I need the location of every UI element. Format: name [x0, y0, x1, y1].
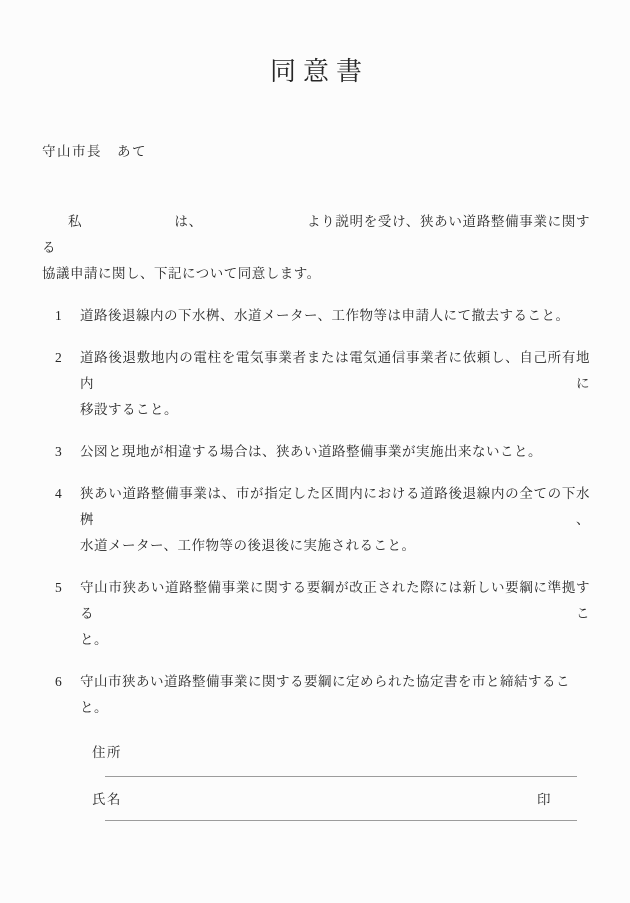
item-text: 狭あい道路整備事業は、市が指定した区間内における道路後退線内の全ての下水桝、水道… — [80, 481, 590, 559]
agreement-items-list: 1道路後退線内の下水桝、水道メーター、工作物等は申請人にて撤去すること。2道路後… — [42, 303, 590, 721]
applicant-name-blank — [82, 225, 174, 226]
address-label: 住所 — [92, 740, 590, 766]
intro-particle: は、 — [174, 214, 203, 229]
item-text: 公図と現地が相違する場合は、狭あい道路整備事業が実施出来ないこと。 — [80, 439, 590, 465]
item-line: 道路後退線内の下水桝、水道メーター、工作物等は申請人にて撤去すること。 — [80, 303, 590, 329]
name-write-line — [105, 820, 577, 821]
item-line: 公図と現地が相違する場合は、狭あい道路整備事業が実施出来ないこと。 — [80, 439, 590, 465]
item-line: と。 — [80, 627, 590, 653]
explainer-name-blank — [203, 225, 307, 226]
name-row: 氏名 印 — [92, 787, 552, 813]
item-text: 守山市狭あい道路整備事業に関する要綱に定められた協定書を市と締結すること。 — [80, 669, 590, 721]
item-number: 4 — [55, 481, 80, 559]
seal-label: 印 — [537, 787, 552, 813]
agreement-item: 2道路後退敷地内の電柱を電気事業者または電気通信事業者に依頼し、自己所有地内に移… — [42, 345, 590, 423]
intro-line-2: 協議申請に関し、下記について同意します。 — [42, 261, 590, 287]
document-title: 同意書 — [42, 57, 590, 87]
intro-line-1: 私は、より説明を受け、狭あい道路整備事業に関する — [42, 209, 590, 261]
item-text: 守山市狭あい道路整備事業に関する要綱が改正された際には新しい要綱に準拠すること。 — [80, 575, 590, 653]
item-line: 移設すること。 — [80, 397, 590, 423]
intro-pronoun: 私 — [68, 214, 82, 229]
item-text: 道路後退線内の下水桝、水道メーター、工作物等は申請人にて撤去すること。 — [80, 303, 590, 329]
item-number: 6 — [55, 669, 80, 721]
agreement-item: 1道路後退線内の下水桝、水道メーター、工作物等は申請人にて撤去すること。 — [42, 303, 590, 329]
agreement-item: 4狭あい道路整備事業は、市が指定した区間内における道路後退線内の全ての下水桝、水… — [42, 481, 590, 559]
item-number: 2 — [55, 345, 80, 423]
agreement-item: 6守山市狭あい道路整備事業に関する要綱に定められた協定書を市と締結すること。 — [42, 669, 590, 721]
item-line: 水道メーター、工作物等の後退後に実施されること。 — [80, 533, 590, 559]
item-number: 3 — [55, 439, 80, 465]
item-text: 道路後退敷地内の電柱を電気事業者または電気通信事業者に依頼し、自己所有地内に移設… — [80, 345, 590, 423]
item-line: 道路後退敷地内の電柱を電気事業者または電気通信事業者に依頼し、自己所有地内に — [80, 345, 590, 397]
consent-document-page: 同意書 守山市長 あて 私は、より説明を受け、狭あい道路整備事業に関する 協議申… — [0, 0, 630, 903]
signature-block: 住所 氏名 印 — [42, 740, 590, 821]
item-number: 1 — [55, 303, 80, 329]
name-label: 氏名 — [92, 787, 122, 813]
agreement-item: 5守山市狭あい道路整備事業に関する要綱が改正された際には新しい要綱に準拠すること… — [42, 575, 590, 653]
intro-tail: より説明を受け、狭あい道路整備事業に関する — [42, 214, 590, 255]
intro-paragraph: 私は、より説明を受け、狭あい道路整備事業に関する 協議申請に関し、下記について同… — [42, 209, 590, 287]
item-line: 守山市狭あい道路整備事業に関する要綱が改正された際には新しい要綱に準拠するこ — [80, 575, 590, 627]
address-write-line — [105, 776, 577, 777]
item-line: 狭あい道路整備事業は、市が指定した区間内における道路後退線内の全ての下水桝、 — [80, 481, 590, 533]
addressee-line: 守山市長 あて — [42, 139, 590, 165]
agreement-item: 3公図と現地が相違する場合は、狭あい道路整備事業が実施出来ないこと。 — [42, 439, 590, 465]
item-line: 守山市狭あい道路整備事業に関する要綱に定められた協定書を市と締結すること。 — [80, 669, 590, 721]
item-number: 5 — [55, 575, 80, 653]
